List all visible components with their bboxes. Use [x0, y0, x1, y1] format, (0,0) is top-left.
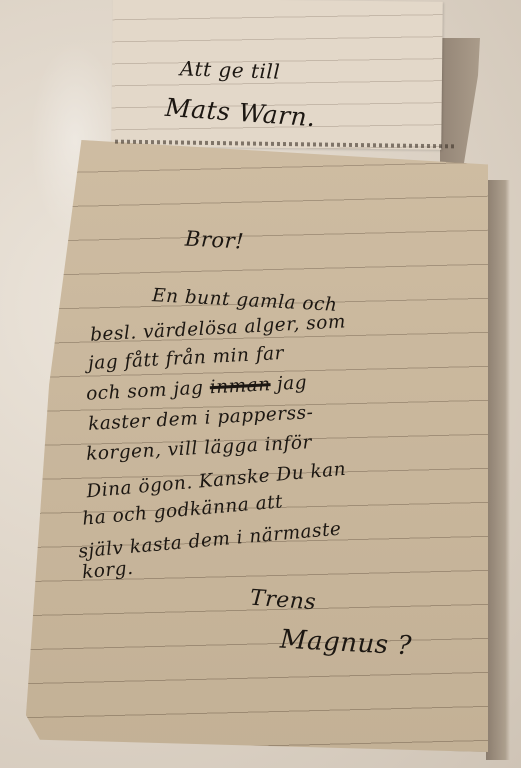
body-line-10: korg. [81, 558, 134, 583]
struck-out-word: inman [209, 374, 271, 398]
body-line-4-tail: jag [276, 372, 307, 395]
photograph: Att ge till Mats Warn. Bror! En bunt gam… [0, 0, 521, 768]
salutation: Bror! [184, 226, 244, 253]
closing: Trens [249, 586, 317, 616]
top-note-line-1: Att ge till [180, 56, 281, 83]
main-note-shadow [486, 180, 510, 760]
